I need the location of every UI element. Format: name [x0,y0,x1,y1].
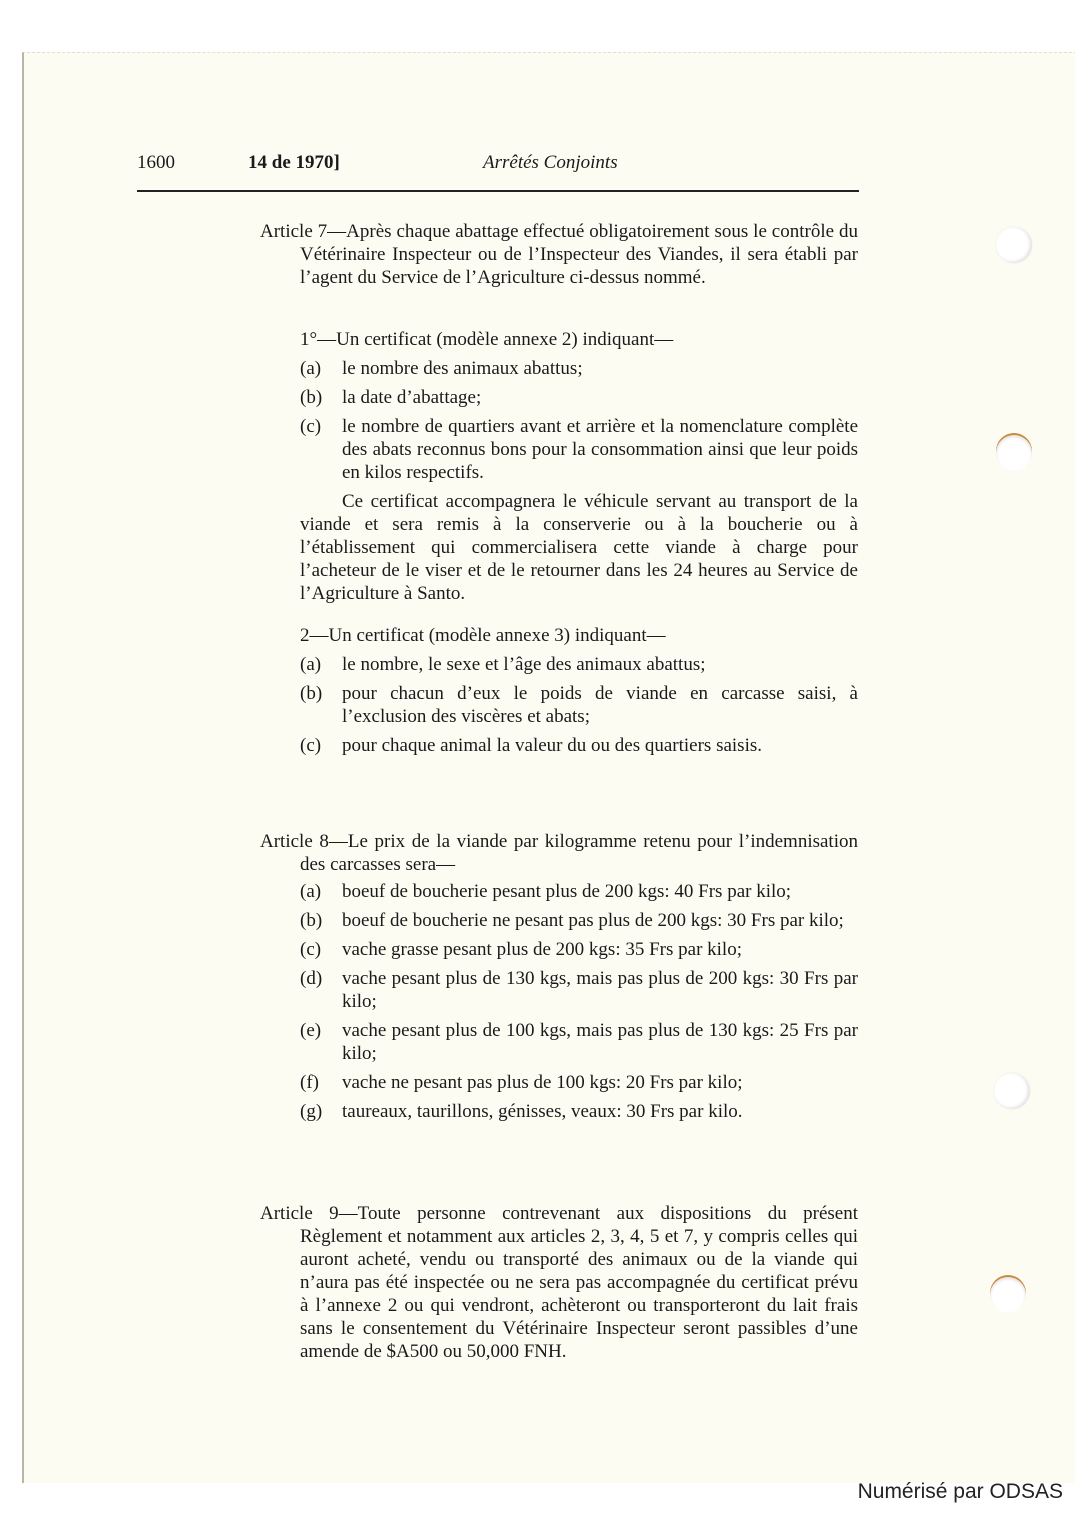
list-item: (c)vache grasse pesant plus de 200 kgs: … [300,938,858,961]
article-8-intro: Article 8—Le prix de la viande par kilog… [260,830,858,876]
digitization-watermark: Numérisé par ODSAS [858,1480,1063,1504]
list-item: (d)vache pesant plus de 130 kgs, mais pa… [300,967,858,1013]
punch-hole [990,1277,1026,1313]
punch-hole [996,435,1032,471]
page-number: 1600 [137,152,175,174]
header-rule [137,190,859,192]
list-item: (b)boeuf de boucherie ne pesant pas plus… [300,909,858,932]
running-header: 1600 14 de 1970] Arrêtés Conjoints [137,152,859,178]
list-item: (e)vache pesant plus de 100 kgs, mais pa… [300,1019,858,1065]
article-8-price-list: (a)boeuf de boucherie pesant plus de 200… [300,880,858,1129]
article-9: Article 9—Toute personne contrevenant au… [260,1202,858,1363]
list-item: (b) la date d’abattage; [300,386,858,409]
article-7-intro: Article 7—Après chaque abattage effectué… [260,220,858,289]
section-title: Arrêtés Conjoints [483,152,618,174]
list-item: (c) le nombre de quartiers avant et arri… [300,415,858,484]
article-9-text: Article 9—Toute personne contrevenant au… [260,1202,858,1363]
list-item: (c) pour chaque animal la valeur du ou d… [300,734,858,757]
list-item: (b) pour chacun d’eux le poids de viande… [300,682,858,728]
certificate-1: 1°—Un certificat (modèle annexe 2) indiq… [300,328,858,490]
punch-hole [996,227,1032,263]
list-item: (a) le nombre des animaux abattus; [300,357,858,380]
punch-hole [994,1073,1030,1109]
law-reference: 14 de 1970] [248,152,340,174]
certificate-1-paragraph: Ce certificat accompagnera le véhicule s… [300,490,858,605]
list-item: (g)taureaux, taurillons, génisses, veaux… [300,1100,858,1123]
certificate-1-heading: 1°—Un certificat (modèle annexe 2) indiq… [300,328,858,351]
list-item: (f)vache ne pesant pas plus de 100 kgs: … [300,1071,858,1094]
list-item: (a)boeuf de boucherie pesant plus de 200… [300,880,858,903]
certificate-2: 2—Un certificat (modèle annexe 3) indiqu… [300,624,858,763]
article-7-text: Article 7—Après chaque abattage effectué… [260,220,858,289]
certificate-2-heading: 2—Un certificat (modèle annexe 3) indiqu… [300,624,858,647]
list-item: (a) le nombre, le sexe et l’âge des anim… [300,653,858,676]
article-8: Article 8—Le prix de la viande par kilog… [260,830,858,876]
